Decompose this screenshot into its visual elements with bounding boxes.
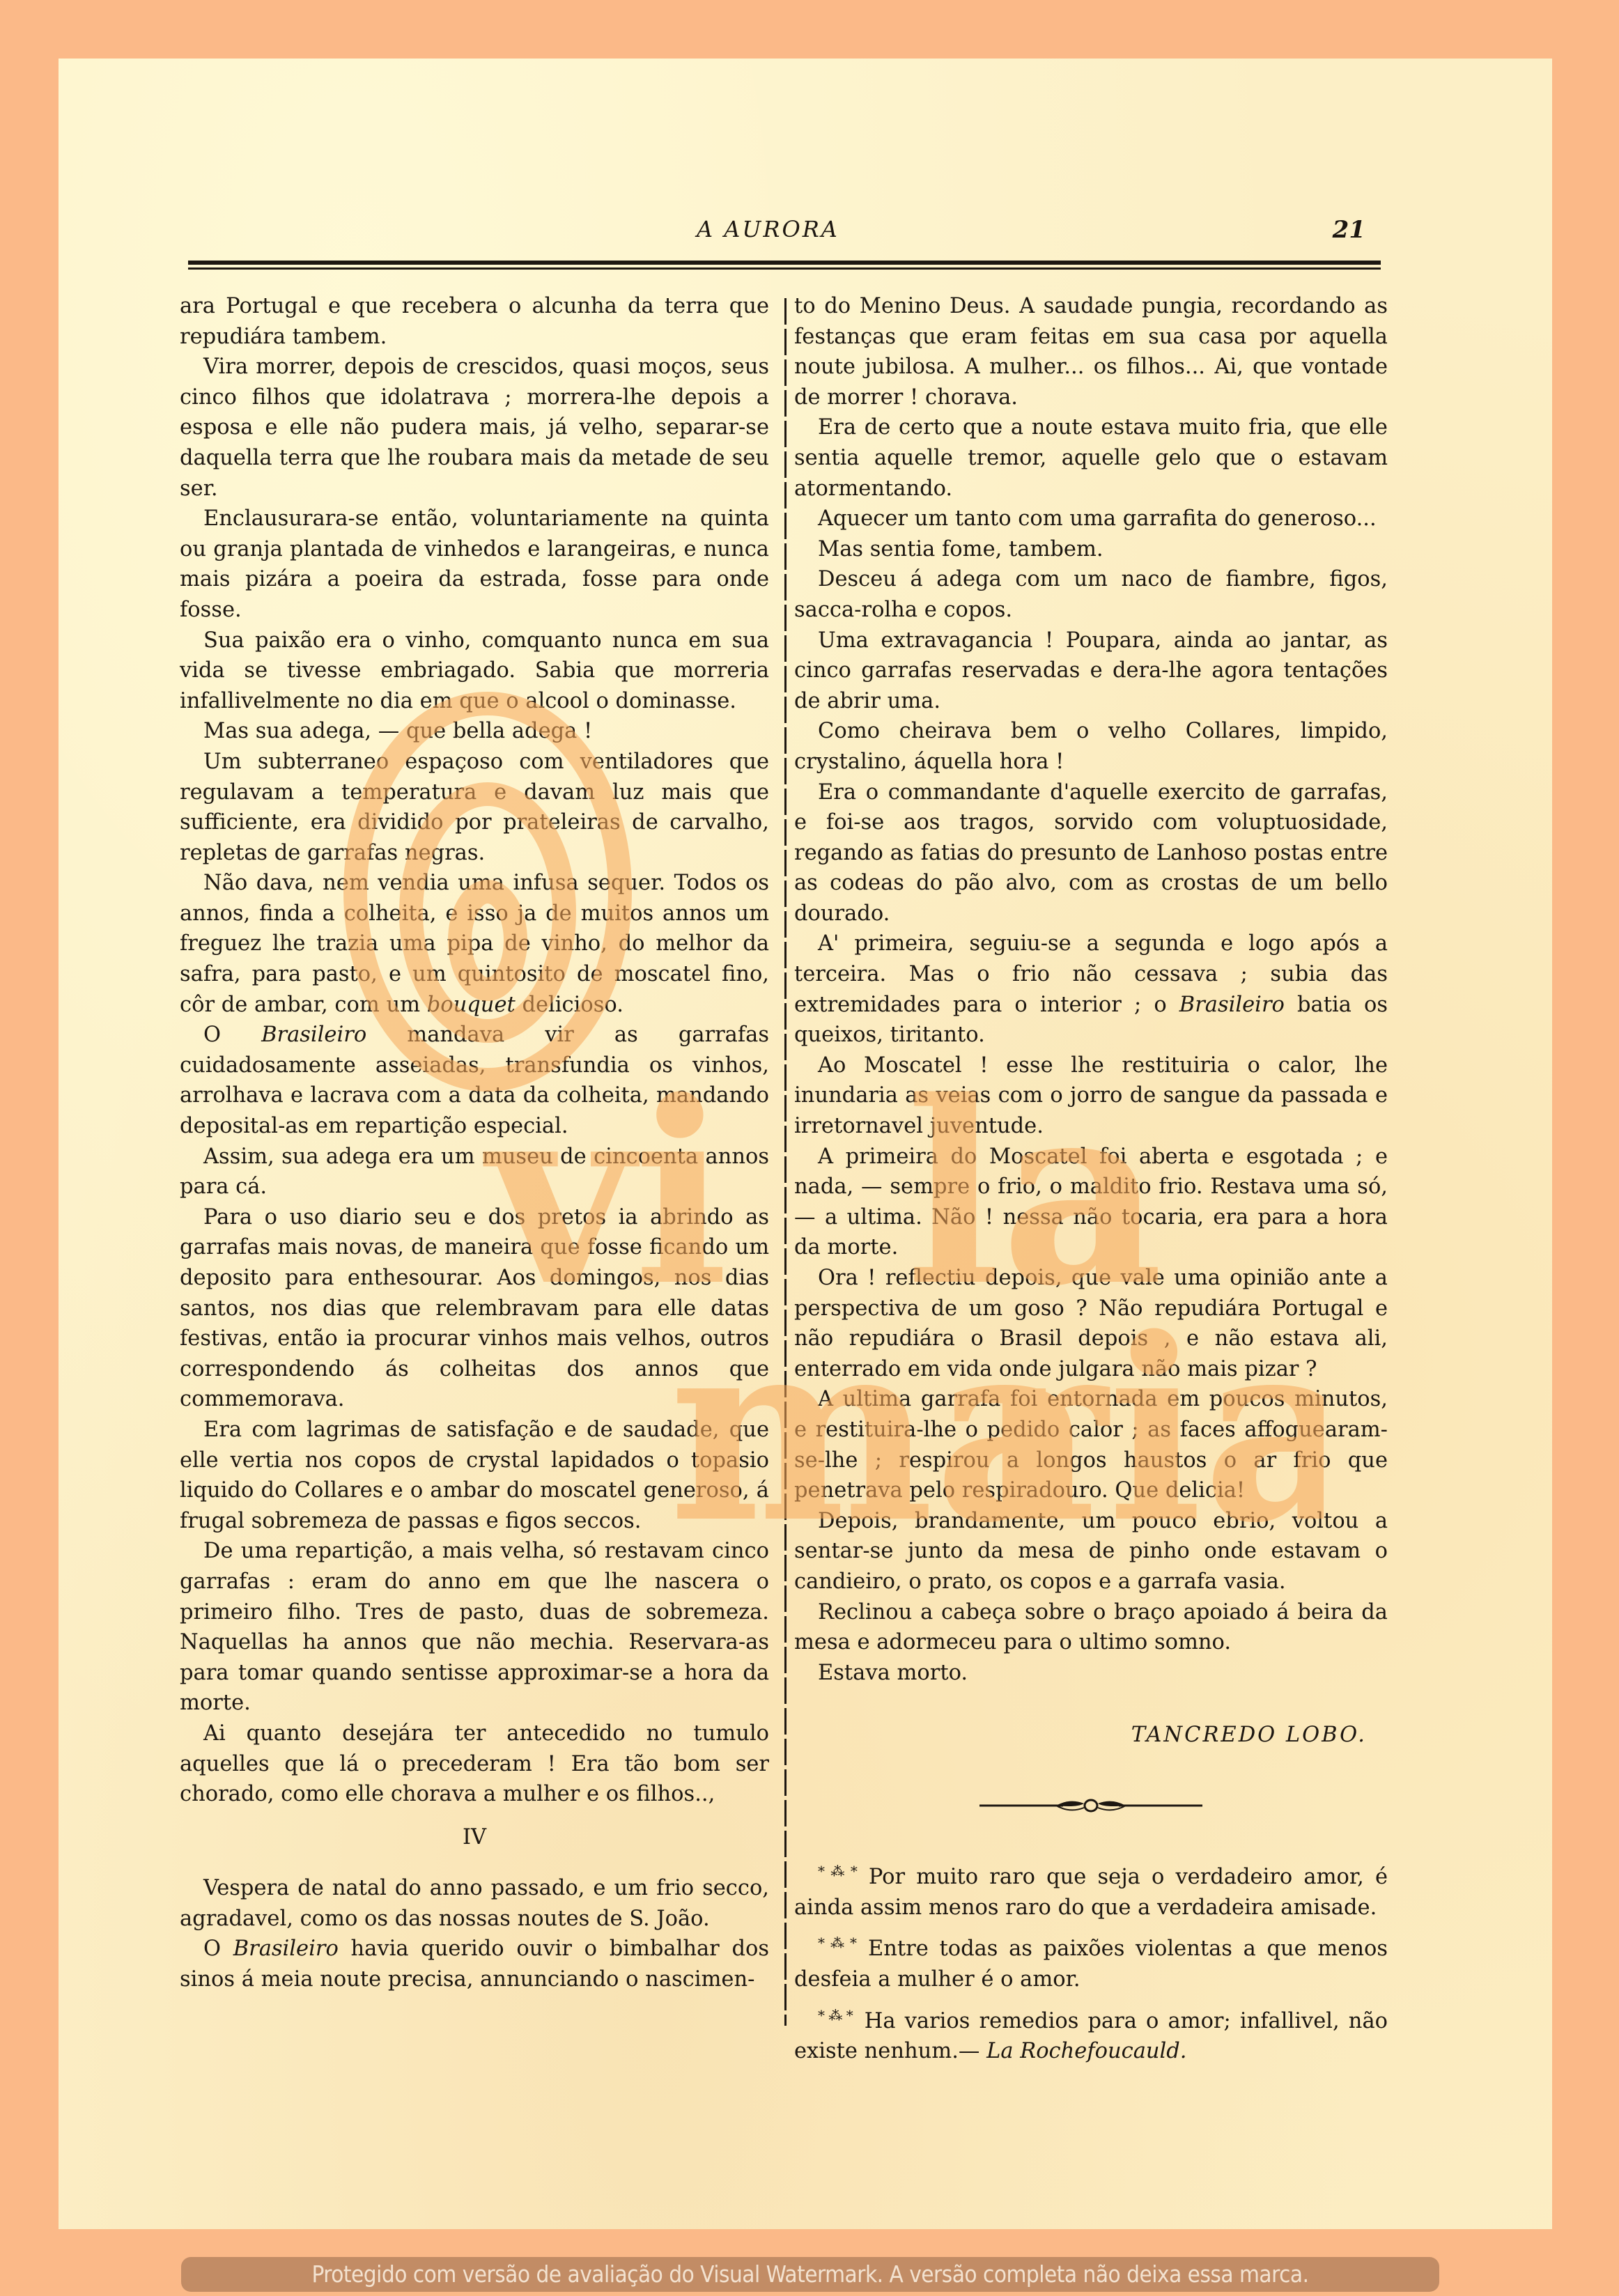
paragraph: to do Menino Deus. A saudade pungia, rec… xyxy=(794,291,1388,412)
paragraph-text: Assim, sua adega era um museu de cincoen… xyxy=(180,1145,769,1200)
paragraph-text: Uma extravagancia ! Poupara, ainda ao ja… xyxy=(794,628,1388,713)
header-rule-thin xyxy=(188,267,1381,270)
paragraph-text: Era com lagrimas de satisfação e de saud… xyxy=(180,1418,769,1533)
paragraph: ara Portugal e que recebera o alcunha da… xyxy=(180,291,769,352)
section-paragraphs: Vespera de natal do anno passado, e um f… xyxy=(180,1873,769,1994)
publication-title: A AURORA xyxy=(697,216,839,242)
paragraph-text: Sua paixão era o vinho, comquanto nunca … xyxy=(180,628,769,713)
paragraph: Vira morrer, depois de crescidos, quasi … xyxy=(180,352,769,504)
paragraph-text: ara Portugal e que recebera o alcunha da… xyxy=(180,294,769,349)
paragraph: Reclinou a cabeça sobre o braço apoiado … xyxy=(794,1597,1388,1658)
paragraph: Ora ! reflectiu depois, que vale uma opi… xyxy=(794,1263,1388,1384)
paragraph-text: De uma repartição, a mais velha, só rest… xyxy=(180,1539,769,1715)
paragraph-text: Desceu á adega com um naco de fiambre, f… xyxy=(794,567,1388,622)
column-divider xyxy=(784,298,787,2026)
author-signature: TANCREDO LOBO. xyxy=(794,1720,1367,1751)
paragraph-text: A ultima garrafa foi entornada em poucos… xyxy=(794,1387,1388,1503)
paragraph-text: Vira morrer, depois de crescidos, quasi … xyxy=(180,355,769,500)
asterism-icon: *⁂* xyxy=(818,1934,858,1951)
paragraph-text: A primeira do Moscatel foi aberta e esgo… xyxy=(794,1145,1388,1260)
paragraph-text: Ora ! reflectiu depois, que vale uma opi… xyxy=(794,1266,1388,1381)
asterism-icon: *⁂* xyxy=(818,1863,859,1879)
maxim-item: *⁂*Por muito raro que seja o verdadeiro … xyxy=(794,1856,1388,1923)
italic-term: La Rochefoucauld. xyxy=(986,2039,1186,2063)
maxim-item: *⁂*Entre todas as paixões violentas a qu… xyxy=(794,1928,1388,1994)
paragraph: O Brasileiro havia querido ouvir o bimba… xyxy=(180,1934,769,1994)
paragraph: Para o uso diario seu e dos pretos ia ab… xyxy=(180,1202,769,1415)
paragraph: Não dava, nem vendia uma infusa sequer. … xyxy=(180,868,769,1020)
paragraph-text: Como cheirava bem o velho Collares, limp… xyxy=(794,719,1388,774)
paragraph-text: Enclausurara-se então, voluntariamente n… xyxy=(180,506,769,622)
paragraph-text-continued: delicioso. xyxy=(516,993,623,1017)
paragraph: Vespera de natal do anno passado, e um f… xyxy=(180,1873,769,1934)
paragraph: Uma extravagancia ! Poupara, ainda ao ja… xyxy=(794,626,1388,717)
paragraph: Era o commandante d'aquelle exercito de … xyxy=(794,777,1388,929)
paragraph-text: Depois, brandamente, um pouco ebrio, vol… xyxy=(794,1509,1388,1594)
paragraph-text: Aquecer um tanto com uma garrafita do ge… xyxy=(818,506,1377,531)
paragraph-text: Um subterraneo espaçoso com ventiladores… xyxy=(180,750,769,865)
watermark-notice-bar: Protegido com versão de avaliação do Vis… xyxy=(181,2257,1439,2292)
paragraph: O Brasileiro mandava vir as garrafas cui… xyxy=(180,1020,769,1141)
paragraph-text: to do Menino Deus. A saudade pungia, rec… xyxy=(794,294,1388,410)
paragraph: Ai quanto desejára ter antecedido no tum… xyxy=(180,1719,769,1810)
ornament-divider-icon xyxy=(979,1795,1202,1816)
italic-term: bouquet xyxy=(427,993,516,1017)
maxim-item: *⁂*Ha varios remedios para o amor; infal… xyxy=(794,2001,1388,2067)
paragraph-text: Mas sentia fome, tambem. xyxy=(818,537,1103,561)
header-rule-thick xyxy=(188,261,1381,265)
header-double-rule xyxy=(188,261,1381,272)
italic-term: Brasileiro xyxy=(1179,993,1285,1017)
paragraph-text: Estava morto. xyxy=(818,1661,968,1685)
paragraph-text: Era de certo que a noute estava muito fr… xyxy=(794,415,1388,500)
page-number: 21 xyxy=(1333,216,1365,244)
paragraph-text: Para o uso diario seu e dos pretos ia ab… xyxy=(180,1205,769,1412)
paragraph-text: Era o commandante d'aquelle exercito de … xyxy=(794,780,1388,926)
paragraph: Assim, sua adega era um museu de cincoen… xyxy=(180,1142,769,1202)
watermark-notice-text: Protegido com versão de avaliação do Vis… xyxy=(311,2260,1308,2288)
paragraph: Era de certo que a noute estava muito fr… xyxy=(794,412,1388,504)
paragraph-text: Mas sua adega, — que bella adega ! xyxy=(203,719,592,743)
paragraph: A ultima garrafa foi entornada em poucos… xyxy=(794,1384,1388,1505)
paragraph: A primeira do Moscatel foi aberta e esgo… xyxy=(794,1142,1388,1263)
paragraph-text: O xyxy=(203,1937,233,1961)
section-number: IV xyxy=(180,1822,769,1853)
paragraph: Estava morto. xyxy=(794,1658,1388,1689)
paragraph-text: Ai quanto desejára ter antecedido no tum… xyxy=(180,1721,769,1806)
paragraph: De uma repartição, a mais velha, só rest… xyxy=(180,1536,769,1719)
italic-term: Brasileiro xyxy=(261,1023,366,1047)
paragraph: Mas sua adega, — que bella adega ! xyxy=(180,716,769,747)
paragraph-text: Entre todas as paixões violentas a que m… xyxy=(794,1937,1388,1992)
paragraph: Era com lagrimas de satisfação e de saud… xyxy=(180,1415,769,1536)
paragraph: Aquecer um tanto com uma garrafita do ge… xyxy=(794,504,1388,534)
paragraph-text: Vespera de natal do anno passado, e um f… xyxy=(180,1876,769,1931)
right-column: to do Menino Deus. A saudade pungia, rec… xyxy=(794,291,1388,2067)
paragraph-text: Reclinou a cabeça sobre o braço apoiado … xyxy=(794,1600,1388,1655)
paragraph: Sua paixão era o vinho, comquanto nunca … xyxy=(180,626,769,717)
maxims-list: *⁂*Por muito raro que seja o verdadeiro … xyxy=(794,1856,1388,2067)
left-column: ara Portugal e que recebera o alcunha da… xyxy=(180,291,769,1995)
asterism-icon: *⁂* xyxy=(818,2007,855,2024)
right-paragraphs: to do Menino Deus. A saudade pungia, rec… xyxy=(794,291,1388,1688)
paragraph: Enclausurara-se então, voluntariamente n… xyxy=(180,504,769,625)
paragraph-text: O xyxy=(203,1023,261,1047)
left-paragraphs: ara Portugal e que recebera o alcunha da… xyxy=(180,291,769,1810)
paragraph: Ao Moscatel ! esse lhe restituiria o cal… xyxy=(794,1050,1388,1142)
italic-term: Brasileiro xyxy=(233,1937,339,1961)
paragraph: Como cheirava bem o velho Collares, limp… xyxy=(794,716,1388,777)
running-header: A AURORA 21 xyxy=(188,216,1379,258)
paragraph-text: Por muito raro que seja o verdadeiro amo… xyxy=(794,1865,1388,1920)
paragraph: Desceu á adega com um naco de fiambre, f… xyxy=(794,564,1388,625)
paragraph: Mas sentia fome, tambem. xyxy=(794,534,1388,565)
paragraph: Depois, brandamente, um pouco ebrio, vol… xyxy=(794,1506,1388,1597)
paragraph-text: Ao Moscatel ! esse lhe restituiria o cal… xyxy=(794,1053,1388,1138)
paragraph: A' primeira, seguiu-se a segunda e logo … xyxy=(794,929,1388,1050)
paragraph: Um subterraneo espaçoso com ventiladores… xyxy=(180,747,769,868)
